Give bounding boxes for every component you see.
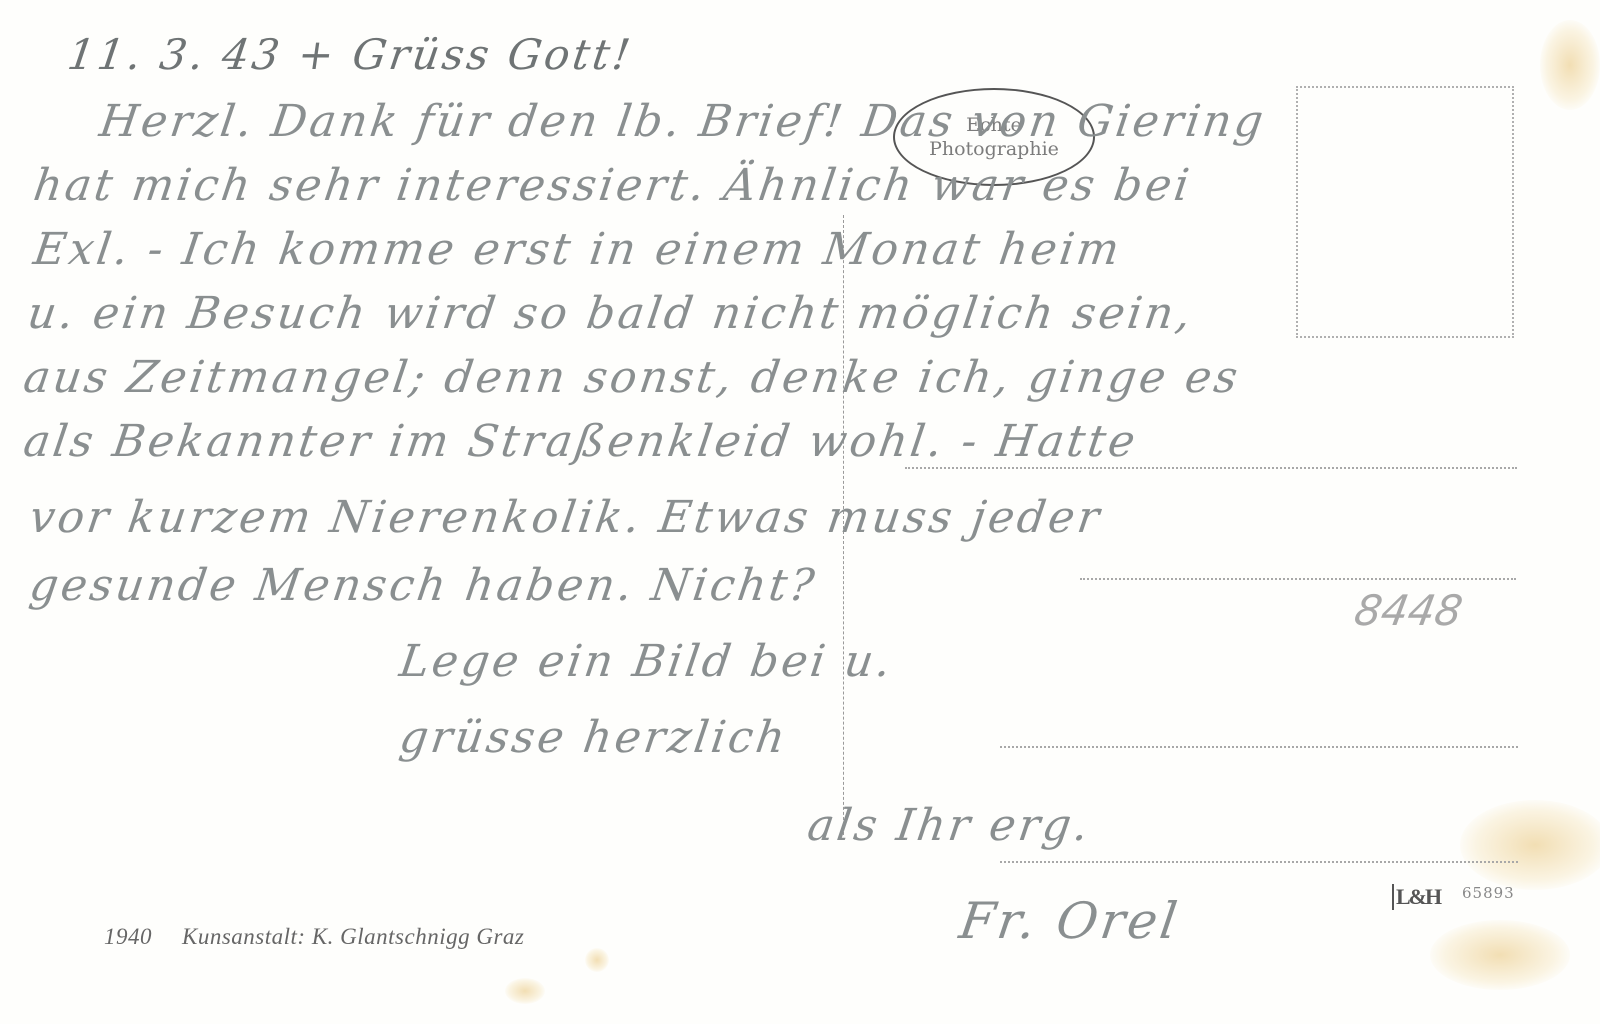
stamp-box <box>1296 86 1514 338</box>
message-line: u. ein Besuch wird so bald nicht möglich… <box>24 288 1196 339</box>
address-line <box>1000 861 1518 863</box>
age-stain <box>505 978 545 1004</box>
message-line-date-greeting: 11. 3. 43 + Grüss Gott! <box>65 30 636 79</box>
message-line: Exl. - Ich komme erst in einem Monat hei… <box>30 224 1125 275</box>
message-line: Lege ein Bild bei u. <box>396 636 896 687</box>
pencil-annotation: 8448 <box>1351 586 1467 635</box>
serial-number: 65893 <box>1462 884 1515 902</box>
message-line: aus Zeitmangel; denn sonst, denke ich, g… <box>20 352 1243 403</box>
postcard-back: Echte Photographie 11. 3. 43 + Grüss Got… <box>0 0 1600 1024</box>
publisher-logo: L&H <box>1392 884 1440 910</box>
signature: Fr. Orel <box>956 892 1184 950</box>
message-line: grüsse herzlich <box>396 712 791 763</box>
publisher-imprint: 1940Kunsanstalt: K. Glantschnigg Graz <box>104 924 524 950</box>
message-line: hat mich sehr interessiert. Ähnlich war … <box>30 160 1195 211</box>
message-closing: als Ihr erg. <box>804 800 1094 851</box>
age-stain <box>1540 20 1600 110</box>
imprint-year: 1940 <box>104 924 152 949</box>
age-stain <box>585 948 609 972</box>
address-line <box>1000 746 1518 748</box>
message-line: Herzl. Dank für den lb. Brief! Das von G… <box>96 96 1269 147</box>
age-stain <box>1430 920 1570 990</box>
message-line: als Bekannter im Straßenkleid wohl. - Ha… <box>20 416 1141 467</box>
message-line: gesunde Mensch haben. Nicht? <box>26 560 820 611</box>
imprint-publisher: Kunsanstalt: K. Glantschnigg Graz <box>182 924 524 949</box>
message-line: vor kurzem Nierenkolik. Etwas muss jeder <box>26 492 1105 543</box>
address-line <box>1080 578 1516 580</box>
address-line <box>905 467 1517 469</box>
age-stain <box>1460 800 1600 890</box>
